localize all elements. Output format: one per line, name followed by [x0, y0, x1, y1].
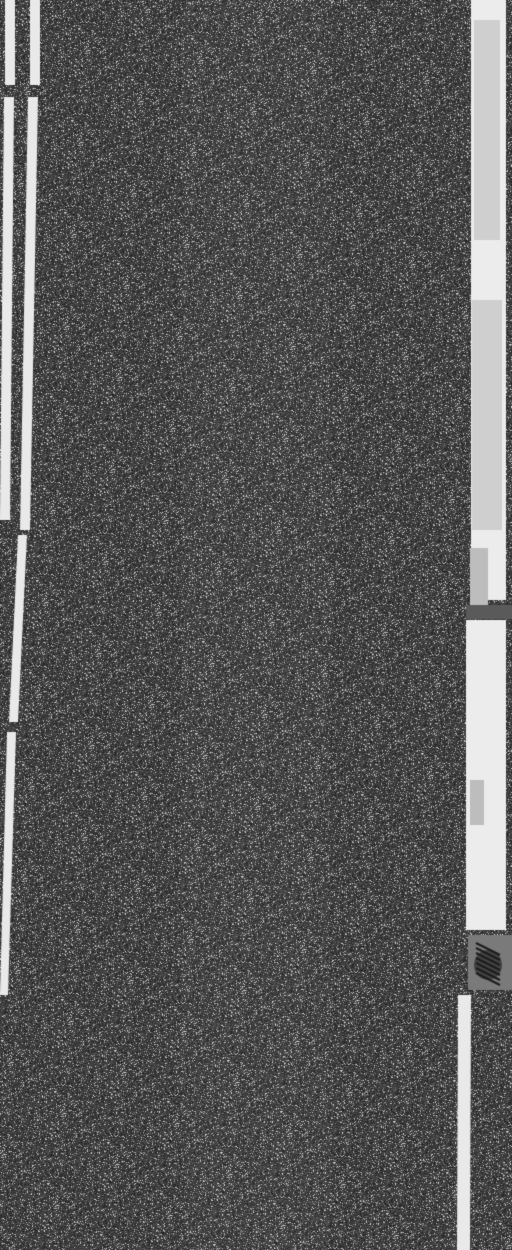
road-surface-canvas	[0, 0, 512, 1250]
road-aerial-image	[0, 0, 512, 1250]
